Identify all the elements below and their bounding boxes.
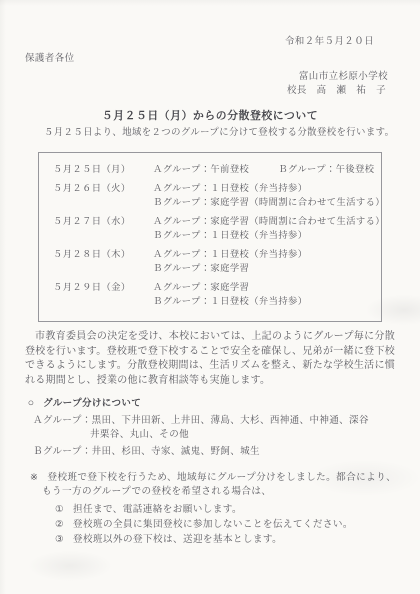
group-b-areas: 井田、杉田、寺家、滅鬼、野飼、城生	[92, 447, 260, 457]
schedule-entry-b: Ｂグループ：１日登校（弁当持参）	[153, 295, 377, 309]
document-title: ５月２５日（月）からの分散登校について	[0, 109, 420, 123]
body-paragraph: 市教育委員会の決定を受け、本校においては、上記のようにグループ毎に分散登校を行い…	[25, 330, 395, 388]
circled-number-2: ②	[55, 517, 64, 532]
note-section: ※ 登校班で登下校を行うため、地域毎にグループ分けをしました。都合により、 もう…	[0, 471, 420, 547]
schedule-row: ５月２９日（金） Ａグループ：家庭学習 Ｂグループ：１日登校（弁当持参）	[53, 281, 377, 309]
note-item: ① 担任まで、電話連絡をお願いします。	[55, 502, 420, 517]
circled-number-1: ①	[55, 502, 64, 517]
circled-number-3: ③	[55, 532, 64, 547]
schedule-entry-b: Ｂグループ：家庭学習	[153, 262, 377, 276]
note-item-text: 担任まで、電話連絡をお願いします。	[73, 502, 242, 517]
note-item: ② 登校班の全員に集団登校に参加しないことを伝えてください。	[55, 517, 420, 532]
group-a-line: Ａグループ：黒田、下井田新、上井田、薄島、大杉、西神通、中神通、深谷	[33, 414, 420, 428]
circle-marker: ○	[28, 397, 35, 411]
schedule-row: ５月２７日（水） Ａグループ：家庭学習（時間割に合わせて生活する） Ｂグループ：…	[53, 215, 377, 243]
schedule-box: ５月２５日（月） Ａグループ：午前登校 Ｂグループ：午後登校 ５月２６日（火） …	[38, 152, 382, 322]
grouping-heading-text: グループ分けについて	[43, 399, 141, 409]
schedule-row: ５月２８日（木） Ａグループ：１日登校（弁当持参） Ｂグループ：家庭学習	[53, 248, 377, 276]
note-text-1: 登校班で登下校を行うため、地域毎にグループ分けをしました。都合により、	[47, 471, 396, 485]
schedule-date: ５月２９日（金）	[53, 281, 153, 309]
group-b-line: Ｂグループ：井田、杉田、寺家、滅鬼、野飼、城生	[33, 445, 420, 459]
reference-mark: ※	[30, 471, 38, 485]
grouping-section: ○グループ分けについて Ａグループ：黒田、下井田新、上井田、薄島、大杉、西神通、…	[0, 398, 420, 459]
schedule-date: ５月２７日（水）	[53, 215, 153, 243]
note-item-text: 登校班の全員に集団登校に参加しないことを伝えてください。	[73, 517, 353, 532]
note-line-2: もう一方のグループでの登校を希望される場合は、	[42, 485, 420, 499]
schedule-row: ５月２６日（火） Ａグループ：１日登校（弁当持参） Ｂグループ：家庭学習（時間割…	[53, 182, 377, 210]
intro-text: ５月２５日より、地域を２つのグループに分けて登校する分散登校を行います。	[44, 127, 420, 140]
recipient: 保護者各位	[25, 53, 420, 65]
schedule-entry-b: Ｂグループ：１日登校（弁当持参）	[153, 229, 377, 243]
schedule-date: ５月２８日（木）	[53, 248, 153, 276]
group-a-areas-continued: 井栗谷、丸山、その他	[90, 428, 420, 442]
schedule-row: ５月２５日（月） Ａグループ：午前登校 Ｂグループ：午後登校	[53, 163, 377, 177]
note-items: ① 担任まで、電話連絡をお願いします。 ② 登校班の全員に集団登校に参加しないこ…	[55, 502, 420, 547]
school-name: 富山市立杉原小学校	[0, 71, 420, 83]
schedule-entry-a: Ａグループ：家庭学習（時間割に合わせて生活する）	[153, 215, 377, 229]
group-a-label: Ａグループ：	[33, 416, 92, 426]
document-page: 令和２年５月２０日 保護者各位 富山市立杉原小学校 校長 高 瀬 祐 子 ５月２…	[0, 0, 420, 594]
schedule-date: ５月２５日（月）	[53, 163, 153, 177]
group-a-areas: 黒田、下井田新、上井田、薄島、大杉、西神通、中神通、深谷	[92, 416, 369, 426]
note-line-1: ※ 登校班で登下校を行うため、地域毎にグループ分けをしました。都合により、	[30, 471, 420, 485]
schedule-entry-b: Ｂグループ：家庭学習（時間割に合わせて生活する）	[153, 196, 377, 210]
principal-name: 校長 高 瀬 祐 子	[0, 85, 420, 97]
schedule-entry-a: Ａグループ：１日登校（弁当持参）	[153, 182, 377, 196]
schedule-date: ５月２６日（火）	[53, 182, 153, 210]
schedule-entry-a: Ａグループ：午前登校	[153, 163, 249, 177]
group-b-label: Ｂグループ：	[33, 447, 92, 457]
issue-date: 令和２年５月２０日	[0, 0, 420, 48]
grouping-heading: ○グループ分けについて	[28, 398, 420, 411]
note-item: ③ 登校班以外の登下校は、送迎を基本とします。	[55, 532, 420, 547]
schedule-entry-a: Ａグループ：家庭学習	[153, 281, 377, 295]
schedule-entry-b: Ｂグループ：午後登校	[278, 163, 374, 177]
schedule-entry-a: Ａグループ：１日登校（弁当持参）	[153, 248, 377, 262]
note-item-text: 登校班以外の登下校は、送迎を基本とします。	[73, 532, 282, 547]
